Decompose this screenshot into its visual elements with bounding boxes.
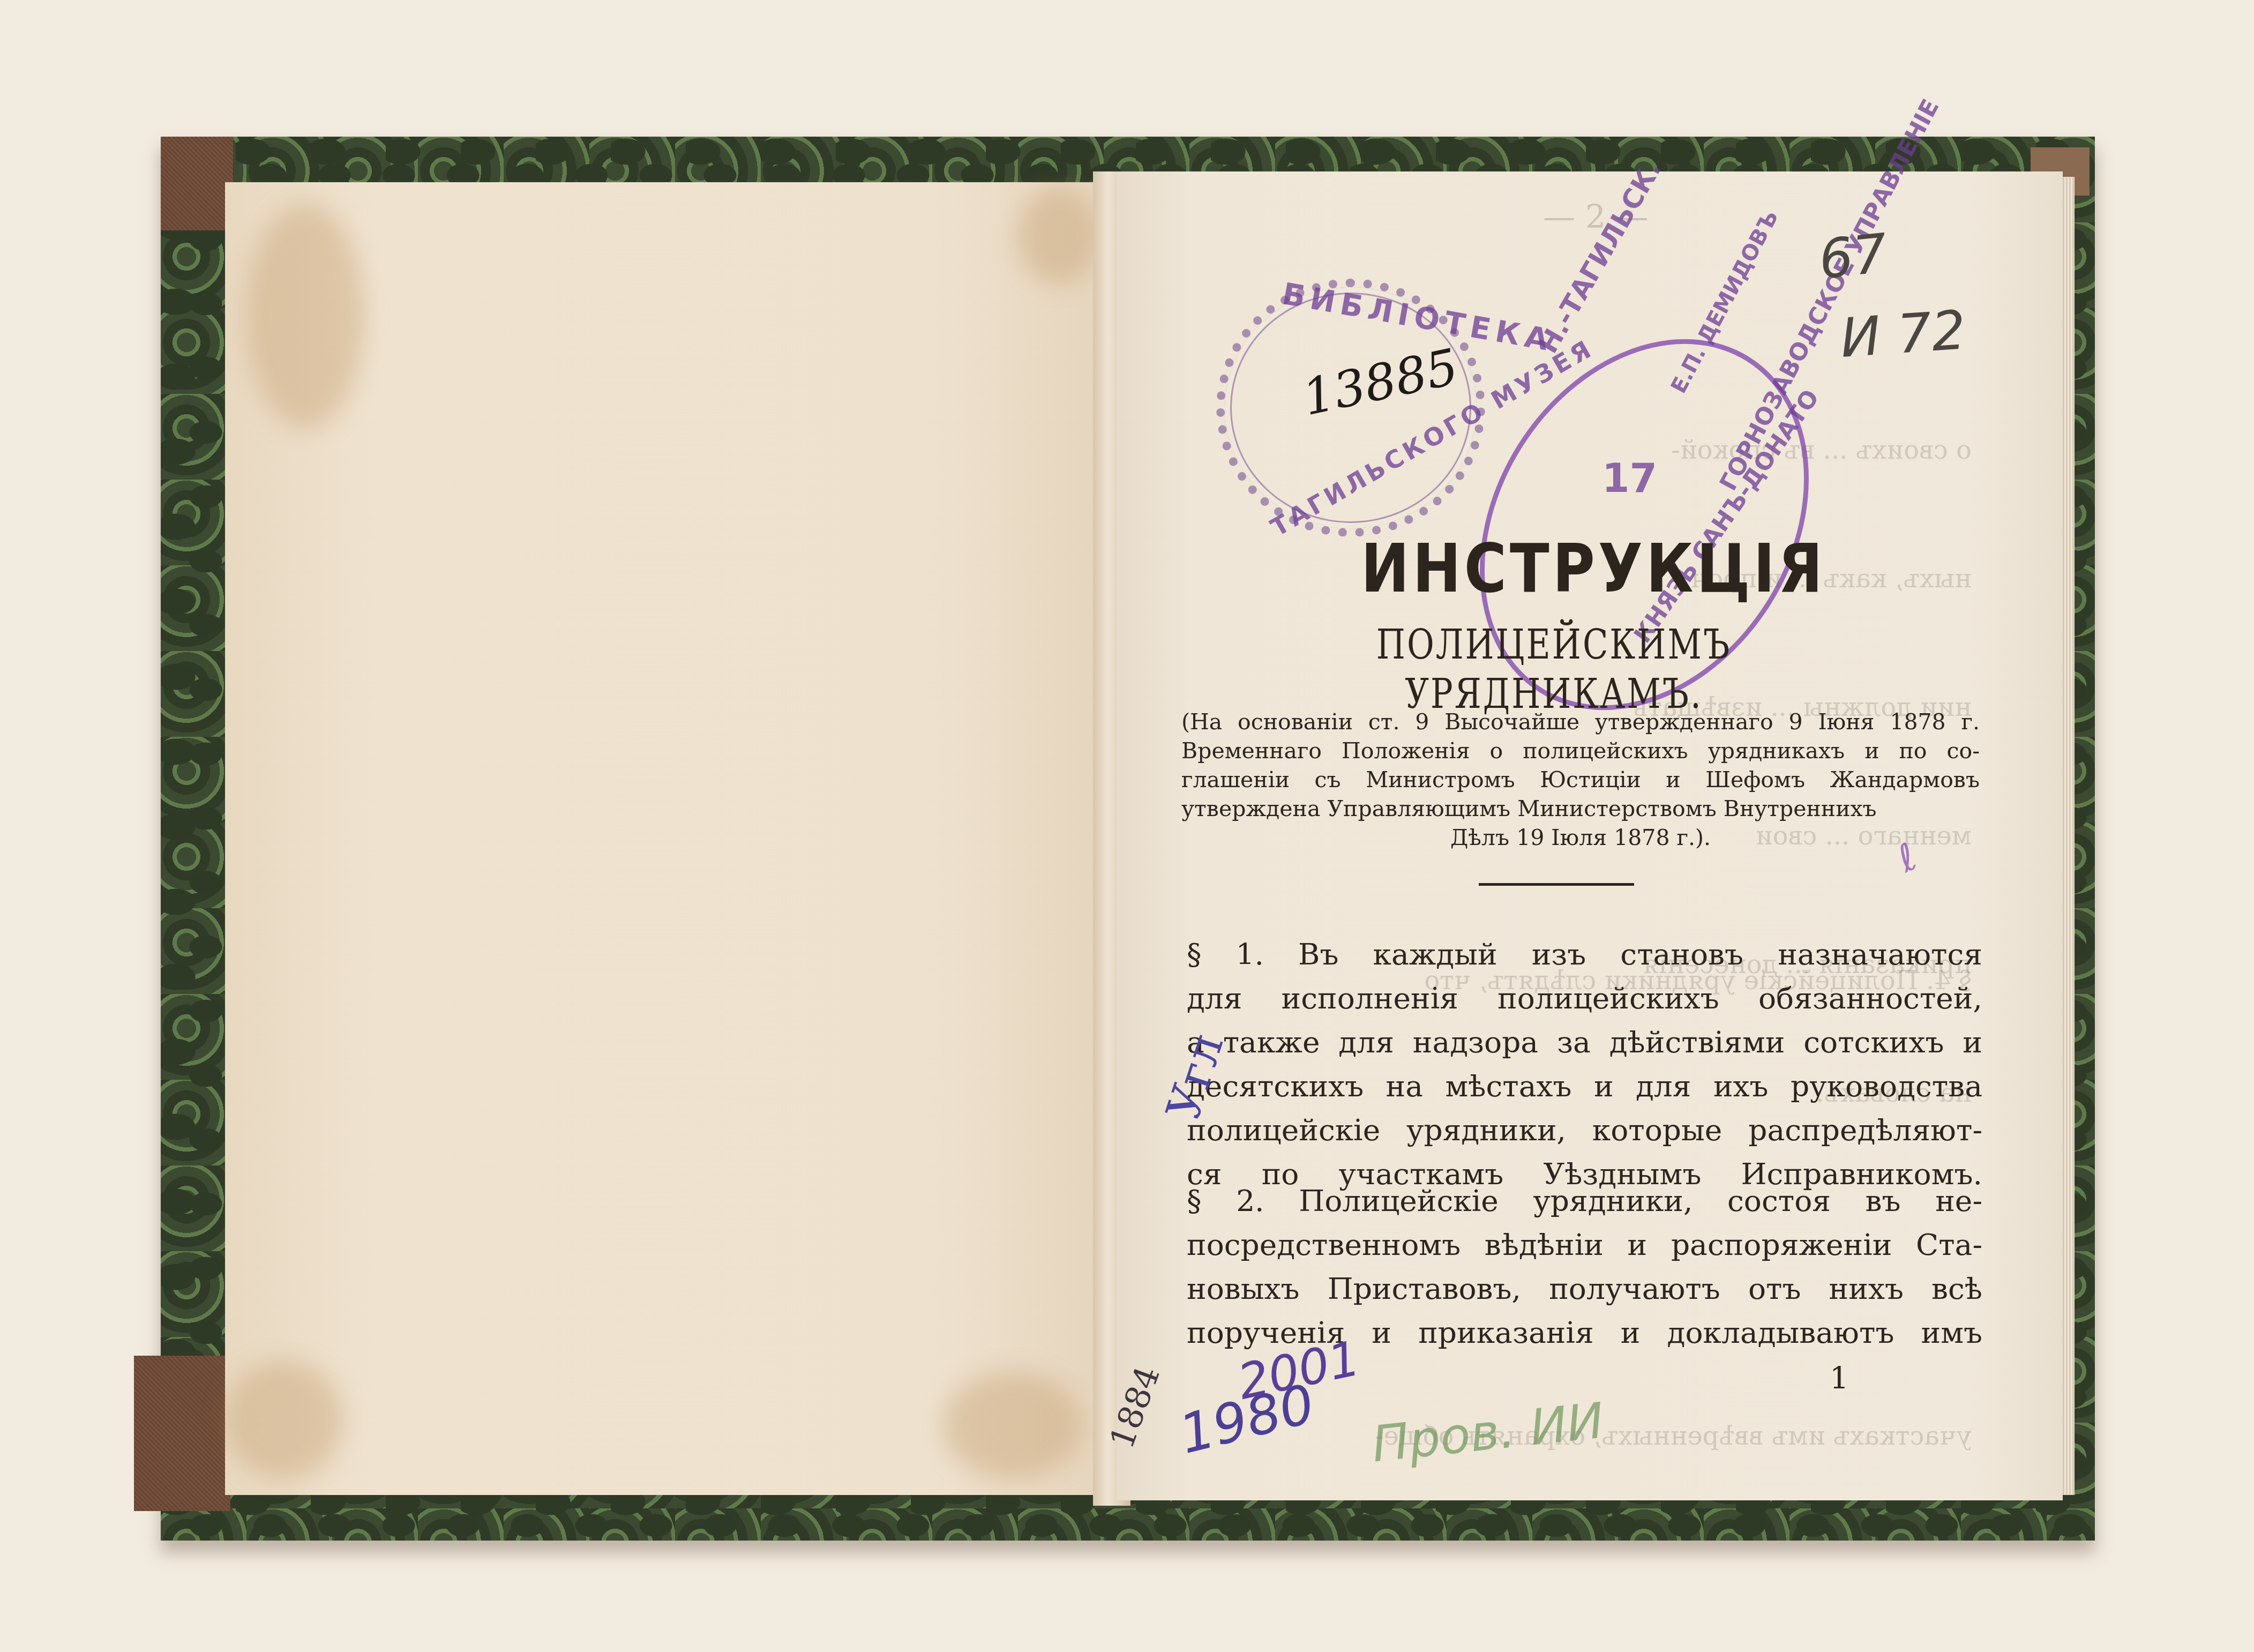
basis-line: (На основаніи ст. 9 Высочайше утвержденн… [1181,709,1980,735]
stain-bottom-mid [943,1372,1082,1479]
section-2-line: посредственномъ вѣдѣніи и распоряженіи С… [1187,1223,1982,1267]
section-2-line: новыхъ Приставовъ, получаютъ отъ нихъ вс… [1187,1267,1982,1311]
cover-corner-top-left [161,137,233,230]
basis-line: Дѣлъ 19 Іюля 1878 г.). [1181,823,1980,852]
section-2-line: § 2. Полицейскіе урядники, состоя въ не- [1187,1179,1982,1223]
stain-top-left [246,204,364,429]
basis-line: глашеніи съ Министромъ Юстиціи и Шефомъ … [1181,767,1980,793]
separator-rule [1479,883,1634,886]
basis-line: утверждена Управляющимъ Министерствомъ В… [1181,796,1877,821]
section-1-line: для исполненія полицейскихъ обязанностей… [1187,976,1982,1020]
basis-line: Временнаго Положенія о полицейскихъ уряд… [1181,738,1980,764]
section-1-line: а также для надзора за дѣйствіями сотски… [1187,1020,1982,1064]
cover-corner-bottom-left [134,1356,230,1511]
section-2: § 2. Полицейскіе урядники, состоя въ не-… [1187,1179,1982,1355]
section-1: § 1. Въ каждый изъ становъ назначаются д… [1187,932,1982,1196]
pencil-shelfmark-top: 67 [1816,222,1890,291]
stain-top-right-left-page [1018,188,1098,284]
left-endpaper [225,182,1098,1495]
section-1-line: полицейскіе урядники, которые распредѣля… [1187,1108,1982,1152]
page-number: 1 [1830,1361,1849,1396]
document-title: ИНСТРУКЦІЯ [1361,531,1779,608]
page-block-edge [2063,177,2075,1495]
section-1-line: десятскихъ на мѣстахъ и для ихъ руководс… [1187,1064,1982,1108]
section-1-line: § 1. Въ каждый изъ становъ назначаются [1187,932,1982,976]
document-subtitle: ПОЛИЦЕЙСКИМЪ УРЯДНИКАМЪ. [1222,620,1886,718]
demidov-stamp-center-mark: 17 [1602,455,1657,502]
legal-basis-block: (На основаніи ст. 9 Высочайше утвержденн… [1181,707,1980,852]
pencil-shelfmark-bottom: И 72 [1838,298,1967,370]
stain-bottom-left [225,1361,343,1479]
